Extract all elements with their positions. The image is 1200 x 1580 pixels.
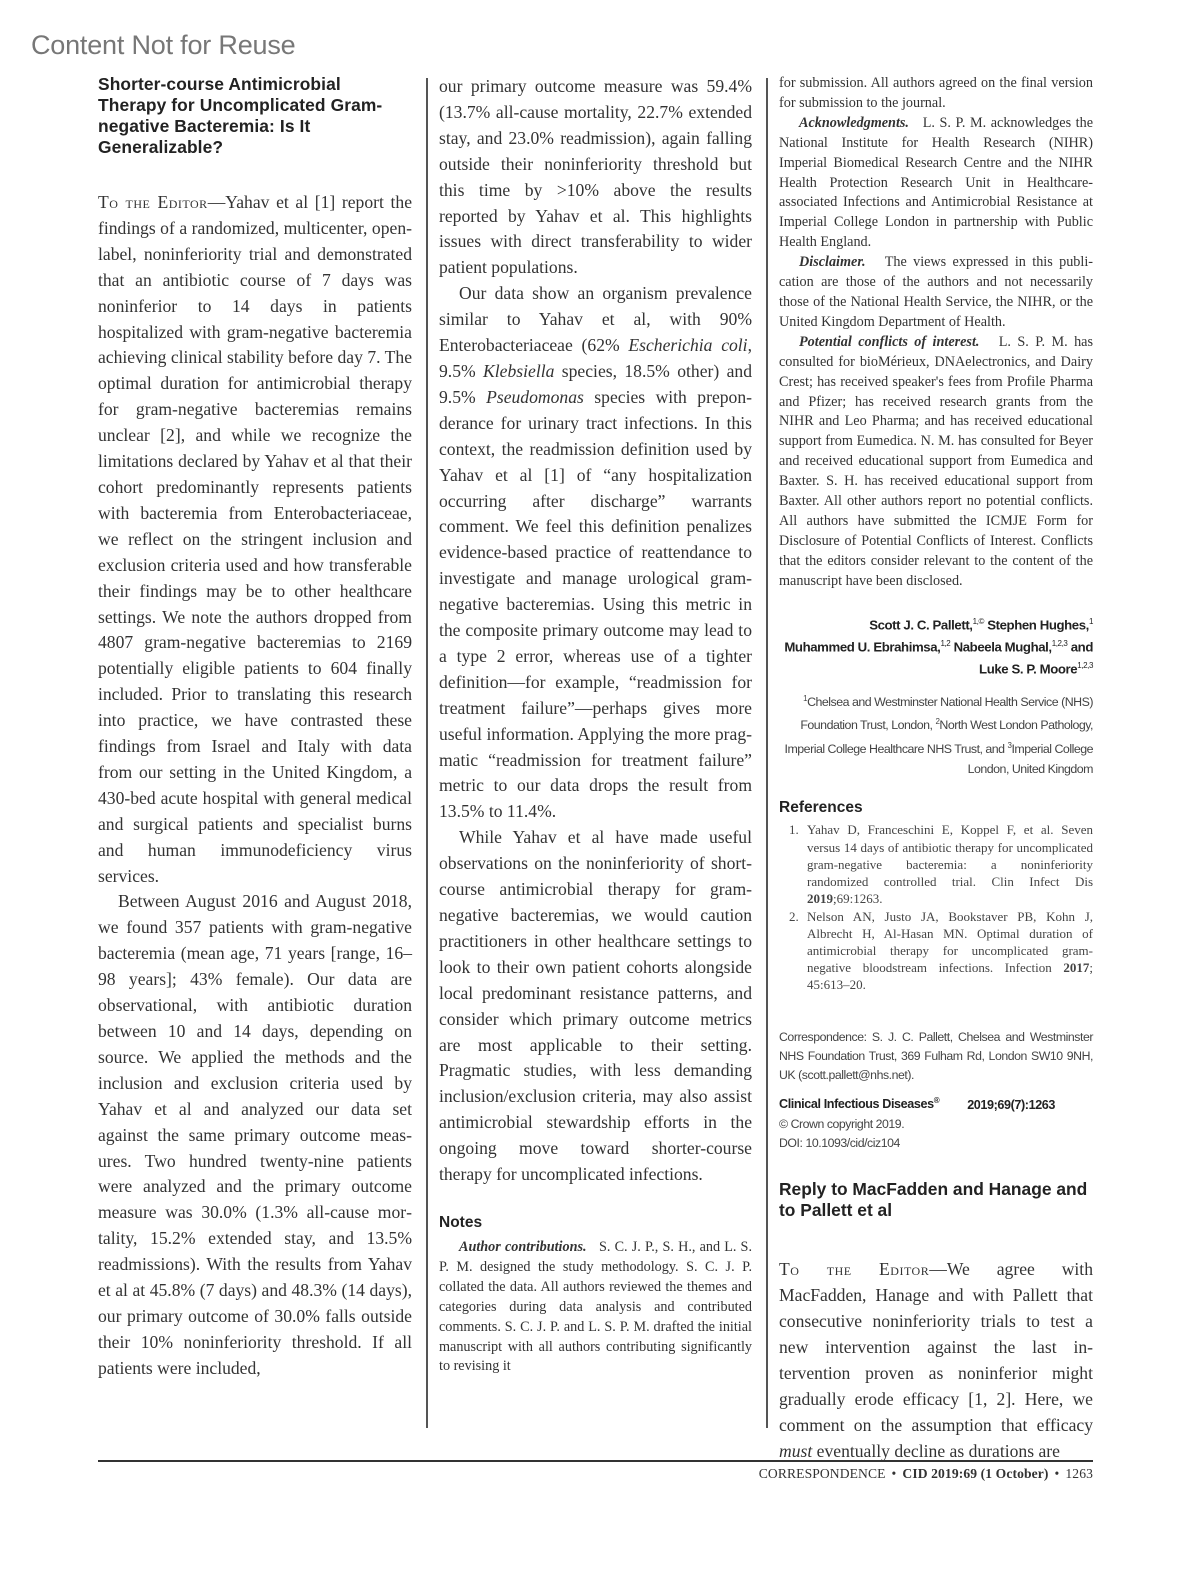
author-name: Luke S. P. Moore xyxy=(979,662,1077,677)
citation: 2019;69(7):1263 xyxy=(967,1098,1055,1112)
affiliations: 1Chelsea and Westminster National Health… xyxy=(779,689,1093,780)
species-name: Escherichia coli xyxy=(628,335,747,355)
copyright: © Crown copyright 2019. xyxy=(779,1115,1093,1134)
journal-name: Clinical Infectious Diseases xyxy=(779,1098,934,1112)
watermark: Content Not for Reuse xyxy=(31,30,295,61)
correspondence-info: Correspondence: S. J. C. Pallett, Chelse… xyxy=(779,1028,1093,1086)
reference-item: 2.Nelson AN, Justo JA, Bookstaver PB, Ko… xyxy=(779,908,1093,994)
species-name: Klebsiella xyxy=(483,361,554,381)
column-divider xyxy=(426,78,428,1428)
salutation: To the Editor xyxy=(98,192,208,212)
article-body-continued: our primary outcome measure was 59.4% (1… xyxy=(439,74,752,1188)
note-label: Disclaimer. xyxy=(799,254,866,270)
author-name: Muhammed U. Ebrahimsa, xyxy=(784,639,940,654)
paragraph: Between August 2016 and August 2018, we … xyxy=(98,889,412,1381)
note-label: Acknowledgments. xyxy=(799,115,909,131)
paragraph: To the Editor—Yahav et al [1] re­port th… xyxy=(98,190,412,889)
notes-heading: Notes xyxy=(439,1214,752,1232)
note-label: Author contributions. xyxy=(459,1239,587,1255)
footer-section: CORRESPONDENCE xyxy=(759,1466,886,1481)
footer-rule xyxy=(98,1460,1093,1462)
notes-continued: for submission. All authors agreed on th… xyxy=(779,74,1093,592)
reference-list: 1.Yahav D, Franceschini E, Koppel F, et … xyxy=(779,821,1093,993)
references-heading: References xyxy=(779,799,1093,817)
author-list: Scott J. C. Pallett,1,© Stephen Hughes,1… xyxy=(779,612,1093,679)
paragraph: While Yahav et al have made useful obser… xyxy=(439,825,752,1188)
author-name: Scott J. C. Pallett, xyxy=(869,617,972,632)
author-name: Stephen Hughes, xyxy=(987,617,1089,632)
doi: DOI: 10.1093/cid/ciz104 xyxy=(779,1134,1093,1153)
reply-article-title: Reply to MacFadden and Hanage and to Pal… xyxy=(779,1179,1093,1221)
reference-item: 1.Yahav D, Franceschini E, Koppel F, et … xyxy=(779,821,1093,907)
footer-journal: CID 2019:69 (1 October) xyxy=(902,1466,1048,1481)
paragraph: our primary outcome measure was 59.4% (1… xyxy=(439,74,752,281)
acknowledgments: Acknowledgments. L. S. P. M. acknowledge… xyxy=(779,114,1093,253)
journal-citation: Clinical Infectious Diseases®2019;69(7):… xyxy=(779,1091,1093,1114)
article-title: Shorter-course Antimicrobial Therapy for… xyxy=(98,74,412,158)
page-number: 1263 xyxy=(1065,1466,1093,1481)
column-3: for submission. All authors agreed on th… xyxy=(779,74,1093,1464)
note-label: Potential conflicts of interest. xyxy=(799,334,979,350)
species-name: Pseudomonas xyxy=(486,387,584,407)
disclaimer: Disclaimer. The views expressed in this … xyxy=(779,253,1093,333)
author-name: Nabeela Mughal, xyxy=(954,639,1052,654)
paragraph: Our data show an organism preva­lence si… xyxy=(439,281,752,825)
column-divider xyxy=(766,78,768,1428)
notes-author-contributions: Author contributions. S. C. J. P., S. H.… xyxy=(439,1238,752,1377)
column-2: our primary outcome measure was 59.4% (1… xyxy=(439,74,752,1377)
conflicts-of-interest: Potential conflicts of interest. L. S. P… xyxy=(779,333,1093,592)
reply-body: To the Editor—We agree with MacFadden, H… xyxy=(779,1257,1093,1464)
page-footer: CORRESPONDENCE•CID 2019:69 (1 October)•1… xyxy=(759,1466,1093,1482)
salutation: To the Editor xyxy=(779,1259,929,1279)
article-body: To the Editor—Yahav et al [1] re­port th… xyxy=(98,190,412,1382)
column-1: Shorter-course Antimicrobial Therapy for… xyxy=(98,74,412,1382)
